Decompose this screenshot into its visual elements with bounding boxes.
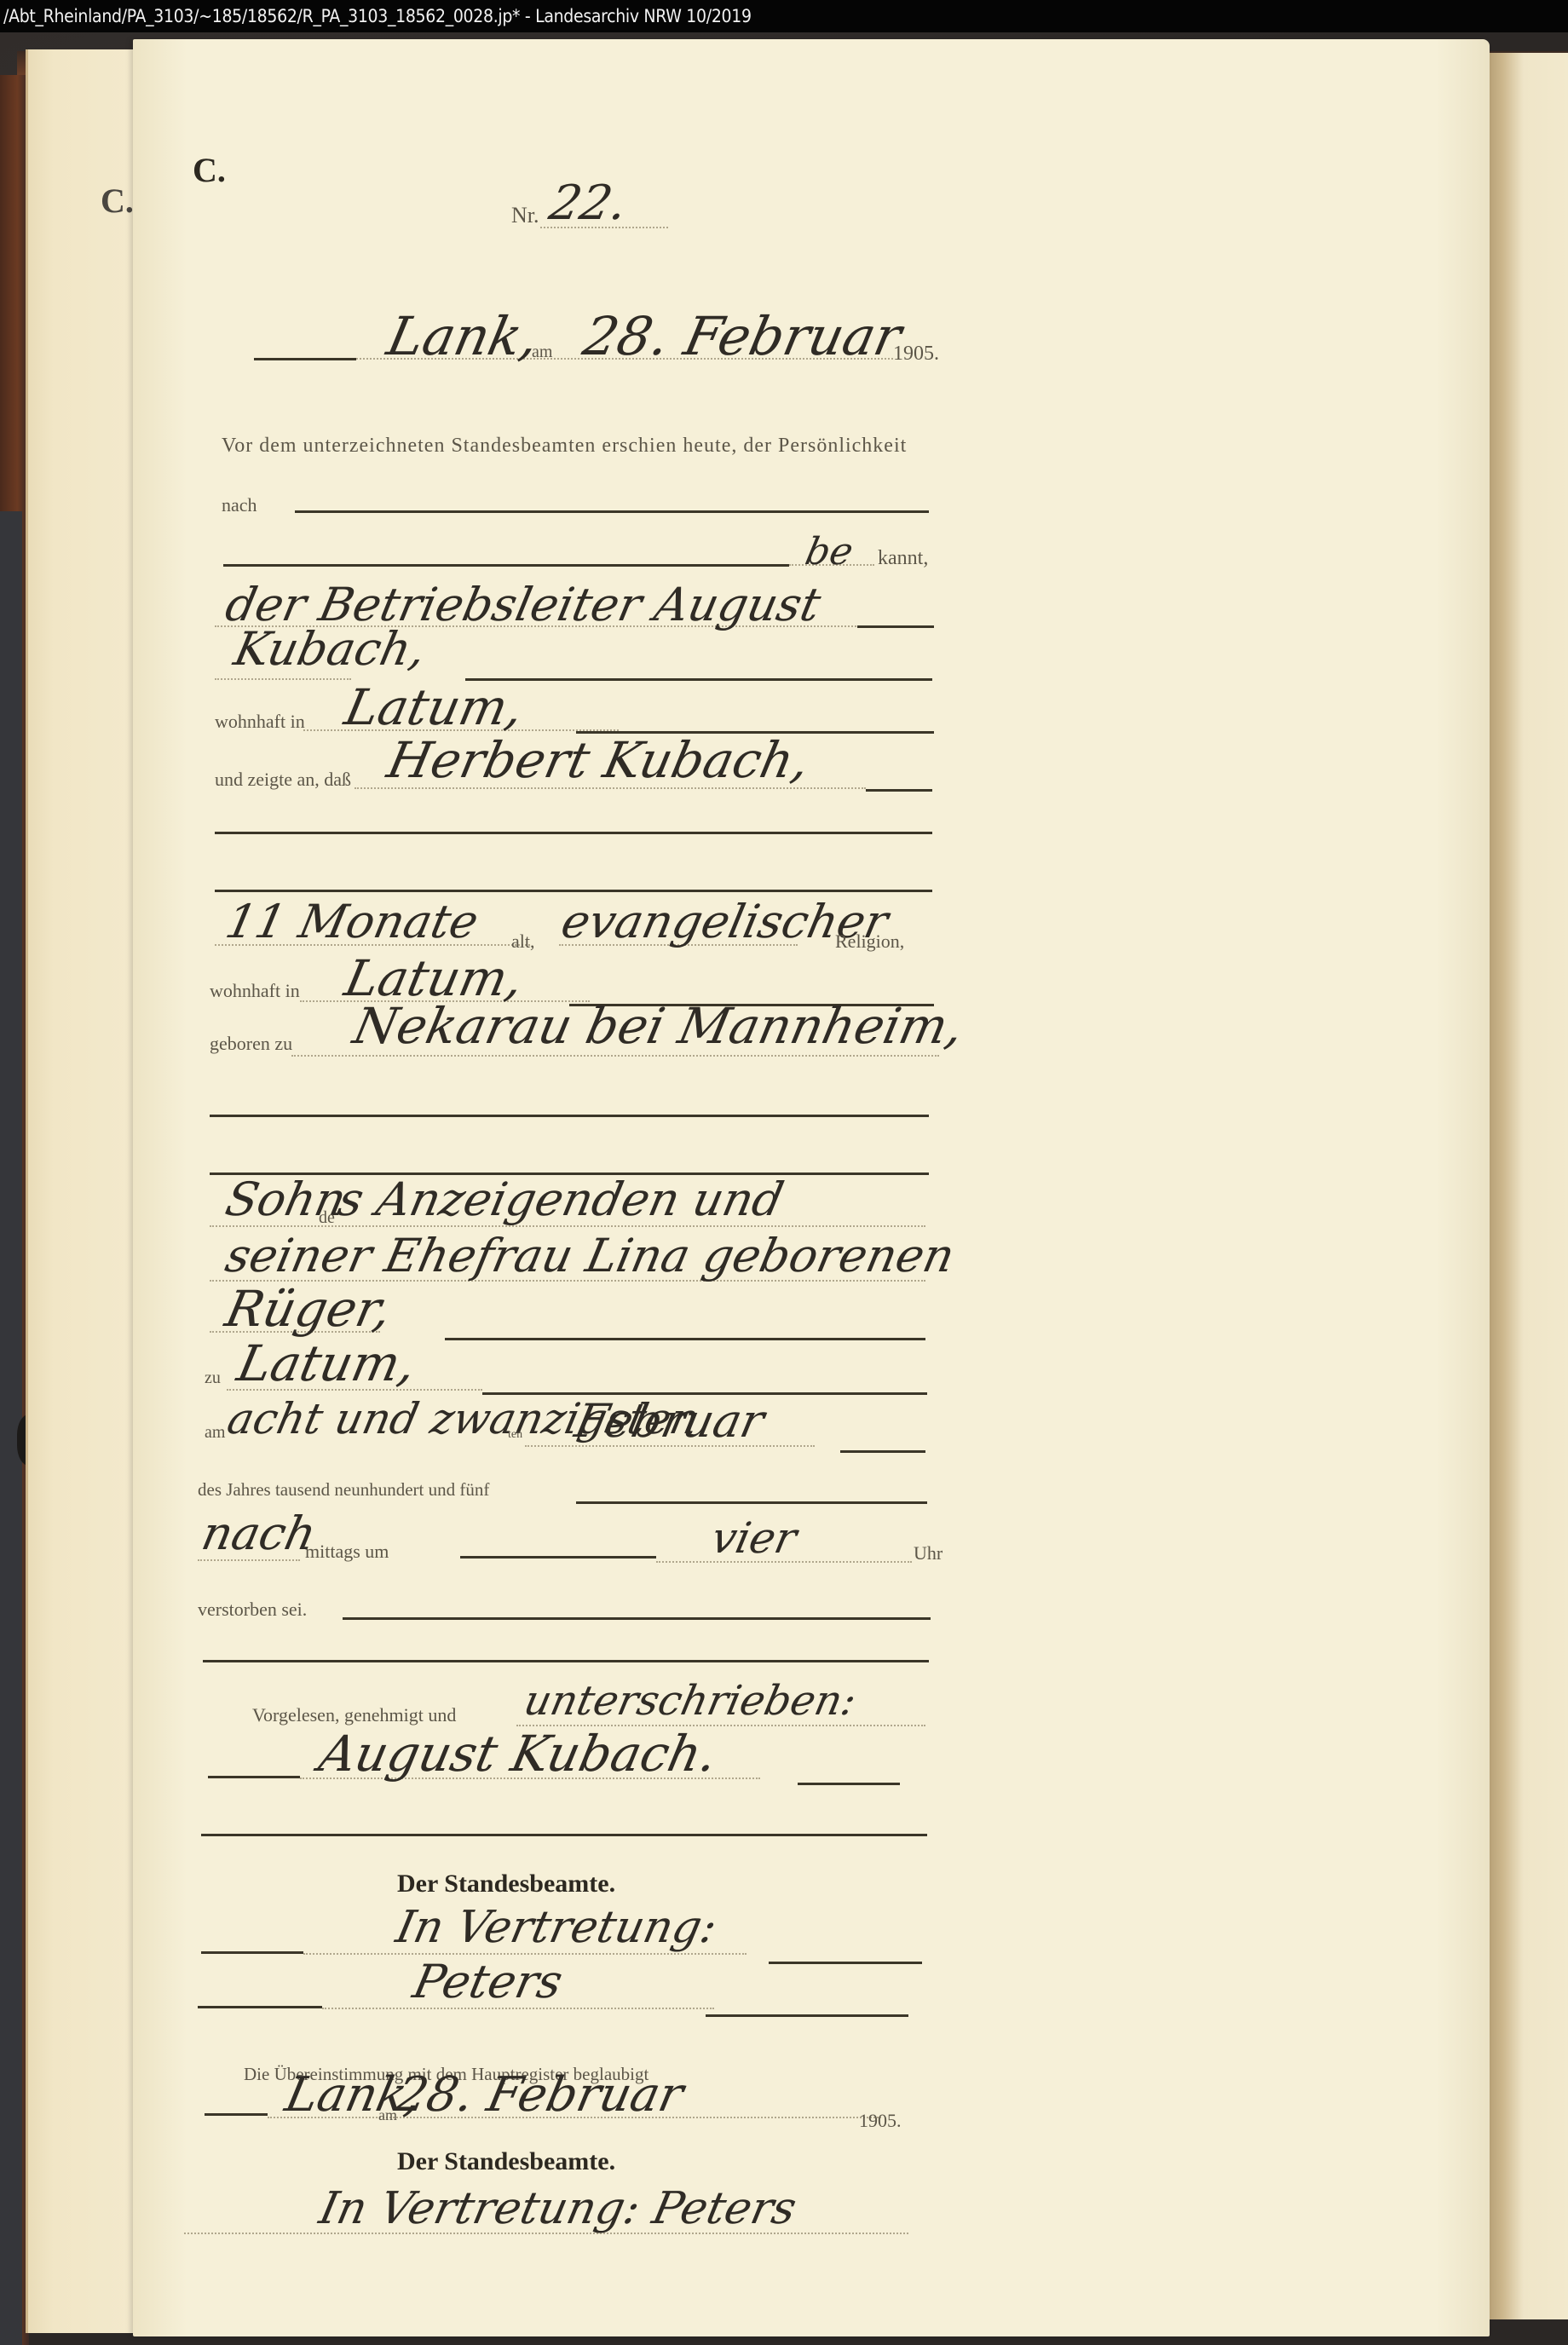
time-nach: nach bbox=[197, 1507, 320, 1560]
blank-line-2 bbox=[215, 890, 932, 892]
register-page: C. Nr. 22. Lank, am 28. Februar 1905. Vo… bbox=[133, 39, 1490, 2336]
official-heading-2: Der Standesbeamte. bbox=[397, 2147, 615, 2176]
informant-line-1-end bbox=[857, 625, 934, 628]
bekannt-handwritten: be bbox=[802, 530, 857, 573]
deceased-line-end bbox=[866, 789, 932, 792]
cert-date: 28. Februar bbox=[391, 2067, 688, 2123]
blank-line-5 bbox=[203, 1660, 929, 1662]
ten-label: ten bbox=[508, 1428, 522, 1442]
deceased-name: Herbert Kubach, bbox=[383, 731, 815, 789]
official-signature: Peters bbox=[408, 1955, 567, 2008]
zu-label: zu bbox=[205, 1368, 221, 1388]
deceased-birthplace: Nekarau bei Mannheim, bbox=[349, 997, 969, 1055]
wohnhaft-label: wohnhaft in bbox=[215, 711, 305, 733]
cert-signature: In Vertretung: Peters bbox=[315, 2183, 801, 2234]
des-label: de bbox=[319, 1208, 335, 1228]
official-line-left-2 bbox=[198, 2006, 322, 2008]
official-line-left-1 bbox=[201, 1951, 303, 1954]
date-line-left bbox=[254, 358, 356, 360]
nach-line bbox=[295, 510, 929, 513]
signed-word: unterschrieben: bbox=[520, 1677, 861, 1725]
mother-name: seiner Ehefrau Lina geborenen bbox=[221, 1229, 959, 1282]
informant-surname: Kubach, bbox=[229, 622, 430, 676]
bekannt-printed: kannt, bbox=[878, 547, 928, 570]
in-vertretung: In Vertretung: bbox=[392, 1902, 722, 1953]
section-letter: C. bbox=[193, 150, 226, 190]
parent-line-3-end bbox=[445, 1338, 925, 1340]
mittags-line bbox=[460, 1556, 656, 1559]
uhr-label: Uhr bbox=[914, 1542, 943, 1564]
official-line-right-2 bbox=[706, 2014, 908, 2017]
facing-page-edge bbox=[1487, 53, 1568, 2319]
religion-label: Religion, bbox=[835, 931, 904, 953]
registration-date: 28. Februar bbox=[578, 305, 907, 367]
am-label-2: am bbox=[205, 1423, 225, 1443]
blank-line-6 bbox=[201, 1834, 927, 1836]
geboren-label: geboren zu bbox=[210, 1033, 292, 1055]
death-date-line-end bbox=[840, 1450, 925, 1453]
official-line-right-1 bbox=[769, 1962, 922, 1964]
bekannt-line bbox=[223, 564, 789, 567]
window-title-bar: /Abt_Rheinland/PA_3103/~185/18562/R_PA_3… bbox=[0, 0, 1568, 32]
am-label: am bbox=[532, 343, 552, 362]
mother-maiden-name: Rüger, bbox=[221, 1280, 397, 1338]
record-number: 22. bbox=[545, 176, 632, 231]
signature-line-left bbox=[208, 1776, 300, 1778]
zeigte-label: und zeigte an, daß bbox=[215, 769, 351, 791]
nach-label: nach bbox=[222, 494, 257, 516]
informant-signature: August Kubach. bbox=[314, 1725, 723, 1783]
death-month: Februar bbox=[570, 1394, 769, 1448]
intro-text: Vor dem unterzeichneten Standesbeamten e… bbox=[222, 435, 907, 458]
blank-line-1 bbox=[215, 832, 932, 834]
vorgelesen-label: Vorgelesen, genehmigt und bbox=[252, 1704, 456, 1726]
signature-line-right bbox=[798, 1783, 900, 1785]
year-text: des Jahres tausend neunhundert und fünf bbox=[198, 1479, 489, 1501]
registration-year: 1905. bbox=[893, 343, 939, 366]
cert-year: 1905. bbox=[859, 2110, 902, 2132]
mittags-label: mittags um bbox=[305, 1541, 389, 1563]
window-title: /Abt_Rheinland/PA_3103/~185/18562/R_PA_3… bbox=[3, 6, 752, 26]
informant-line-2-end bbox=[465, 678, 932, 681]
underlying-page-letter: C. bbox=[101, 181, 134, 221]
death-place: Latum, bbox=[233, 1334, 422, 1392]
registration-place: Lank, bbox=[382, 305, 545, 367]
official-heading: Der Standesbeamte. bbox=[397, 1870, 615, 1898]
death-hour: vier bbox=[707, 1513, 801, 1563]
birthplace-dotted-line bbox=[291, 1055, 939, 1057]
wohnhaft-label-2: wohnhaft in bbox=[210, 980, 300, 1002]
deceased-age: 11 Monate bbox=[221, 895, 483, 948]
number-label: Nr. bbox=[511, 203, 539, 228]
blank-line-3 bbox=[210, 1115, 929, 1117]
informant-residence: Latum, bbox=[340, 678, 529, 736]
year-line bbox=[576, 1501, 927, 1504]
cert-line-left bbox=[205, 2113, 268, 2116]
verstorben-line bbox=[343, 1617, 931, 1620]
informant-dotted-line-2 bbox=[215, 678, 351, 680]
parent-line-1: s Anzeigenden und bbox=[333, 1172, 788, 1226]
verstorben-label: verstorben sei. bbox=[198, 1599, 307, 1621]
